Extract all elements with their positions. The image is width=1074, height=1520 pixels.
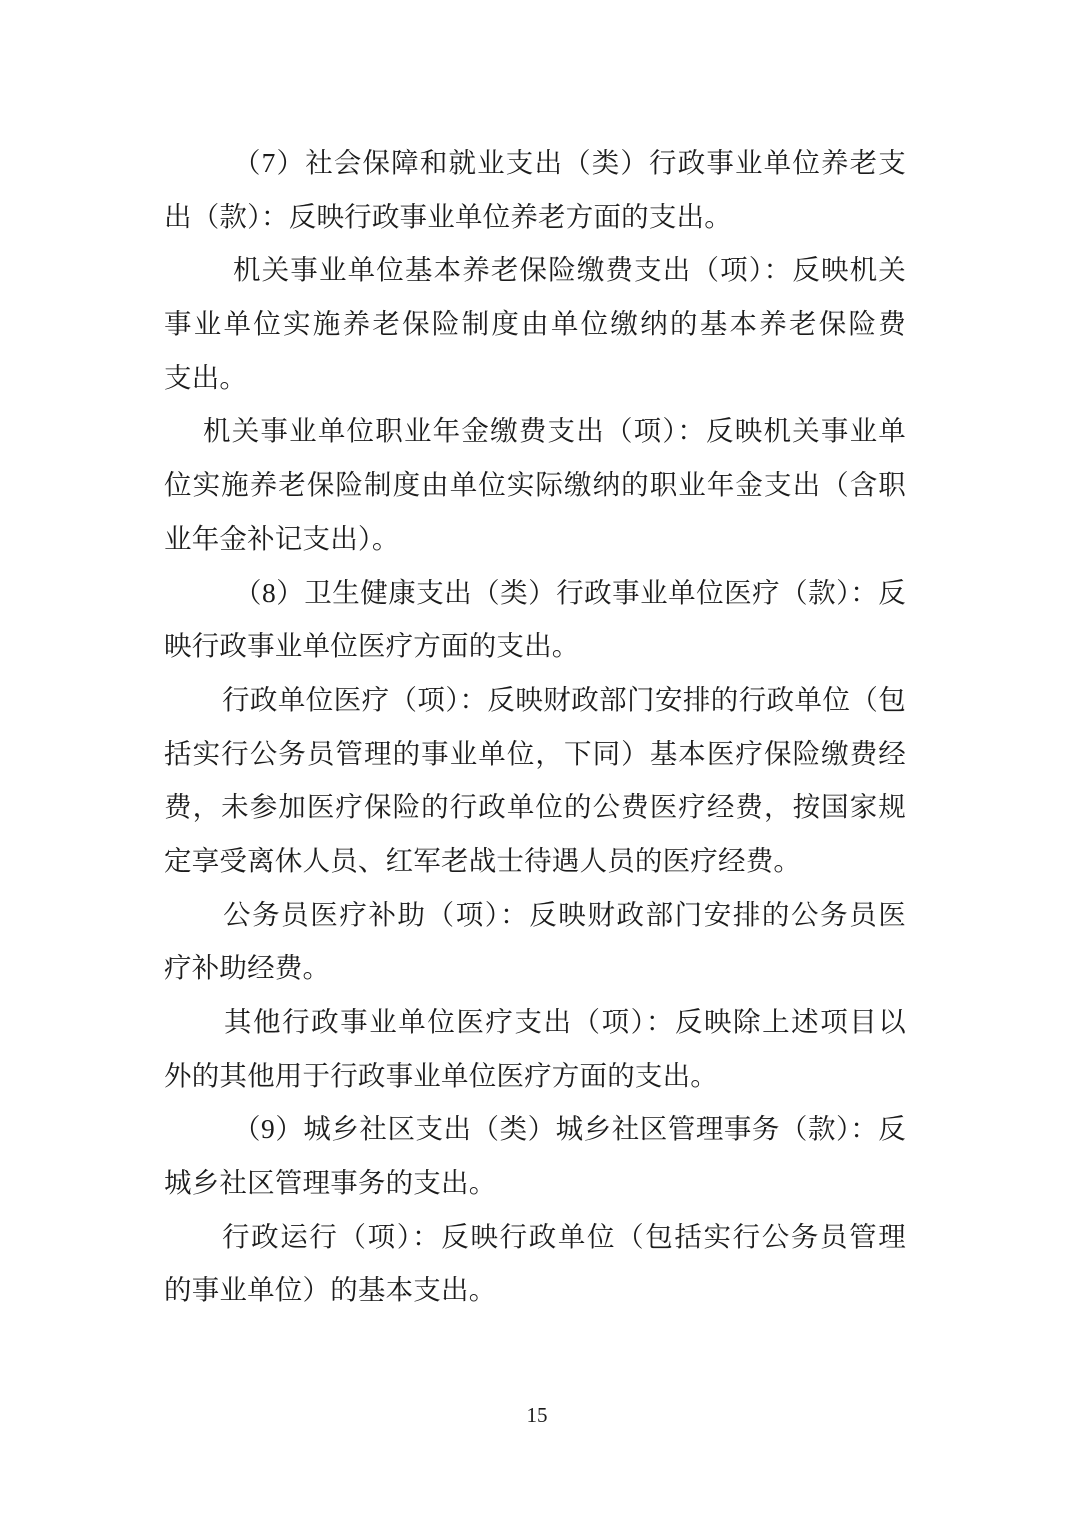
text-line: 支出。 [164, 351, 906, 405]
text-line: 机关事业单位职业年金缴费支出（项）：反映机关事业单 [164, 404, 906, 458]
paragraph: 机关事业单位基本养老保险缴费支出（项）：反映机关事业单位实施养老保险制度由单位缴… [164, 243, 906, 404]
text-line: 外的其他用于行政事业单位医疗方面的支出。 [164, 1049, 906, 1103]
text-line: 其他行政事业单位医疗支出（项）：反映除上述项目以 [164, 995, 906, 1049]
text-block: （7）社会保障和就业支出（类）行政事业单位养老支出（款）：反映行政事业单位养老方… [164, 136, 906, 1317]
text-line: 城乡社区管理事务的支出。 [164, 1156, 906, 1210]
text-line: 事业单位实施养老保险制度由单位缴纳的基本养老保险费 [164, 297, 906, 351]
paragraph: （9）城乡社区支出（类）城乡社区管理事务（款）：反城乡社区管理事务的支出。 [164, 1102, 906, 1209]
text-line: 费，未参加医疗保险的行政单位的公费医疗经费，按国家规 [164, 780, 906, 834]
page-number: 15 [0, 1400, 1074, 1430]
document-page: （7）社会保障和就业支出（类）行政事业单位养老支出（款）：反映行政事业单位养老方… [0, 0, 1074, 1520]
paragraph: 机关事业单位职业年金缴费支出（项）：反映机关事业单位实施养老保险制度由单位实际缴… [164, 404, 906, 565]
text-line: （8）卫生健康支出（类）行政事业单位医疗（款）：反 [164, 566, 906, 620]
text-line: 定享受离休人员、红军老战士待遇人员的医疗经费。 [164, 834, 906, 888]
text-line: 疗补助经费。 [164, 941, 906, 995]
text-line: 公务员医疗补助（项）：反映财政部门安排的公务员医 [164, 888, 906, 942]
paragraph: 其他行政事业单位医疗支出（项）：反映除上述项目以外的其他用于行政事业单位医疗方面… [164, 995, 906, 1102]
text-line: 业年金补记支出）。 [164, 512, 906, 566]
paragraph: （7）社会保障和就业支出（类）行政事业单位养老支出（款）：反映行政事业单位养老方… [164, 136, 906, 243]
text-line: 机关事业单位基本养老保险缴费支出（项）：反映机关 [164, 243, 906, 297]
paragraph: 行政运行（项）：反映行政单位（包括实行公务员管理的事业单位）的基本支出。 [164, 1210, 906, 1317]
text-line: 括实行公务员管理的事业单位，下同）基本医疗保险缴费经 [164, 727, 906, 781]
text-line: 位实施养老保险制度由单位实际缴纳的职业年金支出（含职 [164, 458, 906, 512]
text-line: 映行政事业单位医疗方面的支出。 [164, 619, 906, 673]
text-line: （9）城乡社区支出（类）城乡社区管理事务（款）：反 [164, 1102, 906, 1156]
paragraph: 行政单位医疗（项）：反映财政部门安排的行政单位（包括实行公务员管理的事业单位，下… [164, 673, 906, 888]
text-line: 出（款）：反映行政事业单位养老方面的支出。 [164, 190, 906, 244]
text-line: 的事业单位）的基本支出。 [164, 1263, 906, 1317]
text-line: 行政单位医疗（项）：反映财政部门安排的行政单位（包 [164, 673, 906, 727]
paragraph: 公务员医疗补助（项）：反映财政部门安排的公务员医疗补助经费。 [164, 888, 906, 995]
text-line: 行政运行（项）：反映行政单位（包括实行公务员管理 [164, 1210, 906, 1264]
text-line: （7）社会保障和就业支出（类）行政事业单位养老支 [164, 136, 906, 190]
paragraph: （8）卫生健康支出（类）行政事业单位医疗（款）：反映行政事业单位医疗方面的支出。 [164, 566, 906, 673]
